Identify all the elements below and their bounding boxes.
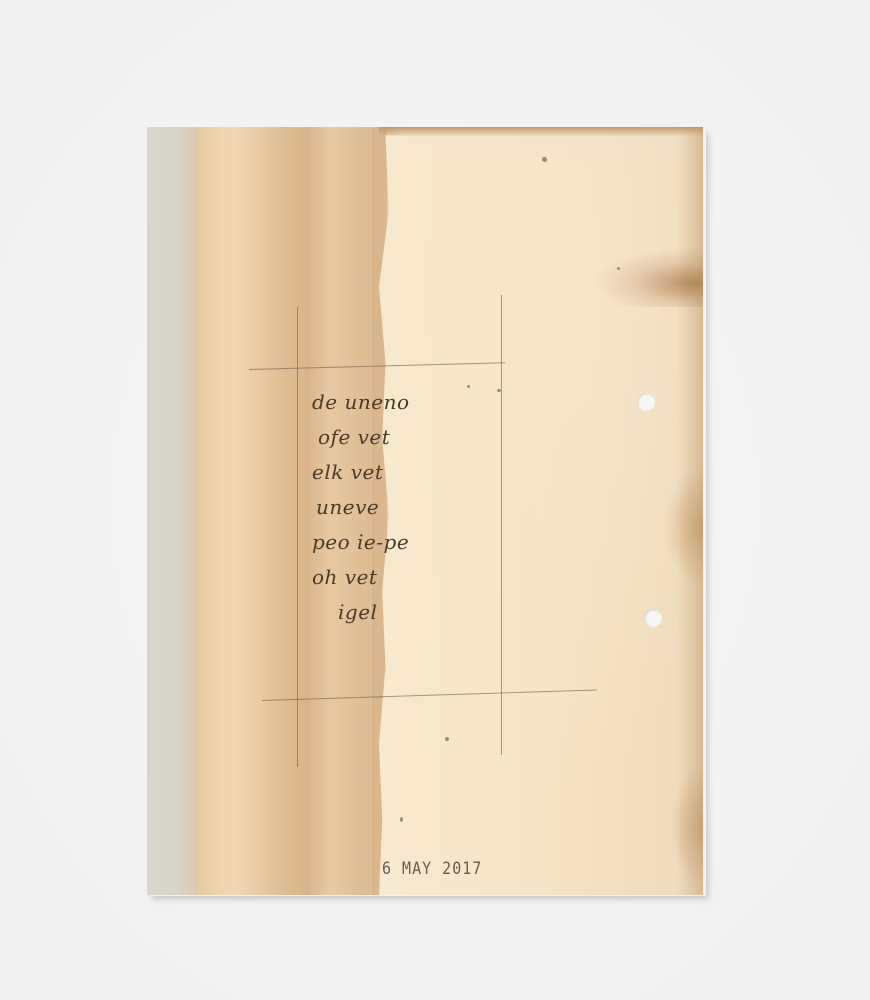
ink-speck xyxy=(617,267,620,270)
ink-speck xyxy=(467,385,470,388)
date-stamp: 6 MAY 2017 xyxy=(382,858,482,879)
handwritten-poem: de uneno ofe vet elk vet uneve peo ie-pe… xyxy=(312,385,410,630)
grey-left-strip xyxy=(147,127,197,895)
ink-speck xyxy=(542,157,547,162)
pencil-line-right xyxy=(501,295,502,755)
poem-line: de uneno xyxy=(312,385,410,420)
poem-line: uneve xyxy=(316,490,410,525)
poem-line: ofe vet xyxy=(318,420,410,455)
right-stain-low xyxy=(669,767,703,887)
stained-paper-card: de uneno ofe vet elk vet uneve peo ie-pe… xyxy=(147,127,703,895)
poem-line: elk vet xyxy=(312,455,410,490)
poem-line: peo ie-pe xyxy=(312,525,410,560)
poem-line: oh vet xyxy=(312,560,410,595)
punch-hole-bottom xyxy=(644,609,662,627)
ink-speck xyxy=(400,817,403,822)
ink-splatter xyxy=(593,247,703,307)
punch-hole-top xyxy=(637,393,655,411)
poem-line: igel xyxy=(338,595,410,630)
ink-speck xyxy=(445,737,449,741)
top-edge-stain xyxy=(379,127,703,137)
right-stain-mid xyxy=(663,467,703,587)
